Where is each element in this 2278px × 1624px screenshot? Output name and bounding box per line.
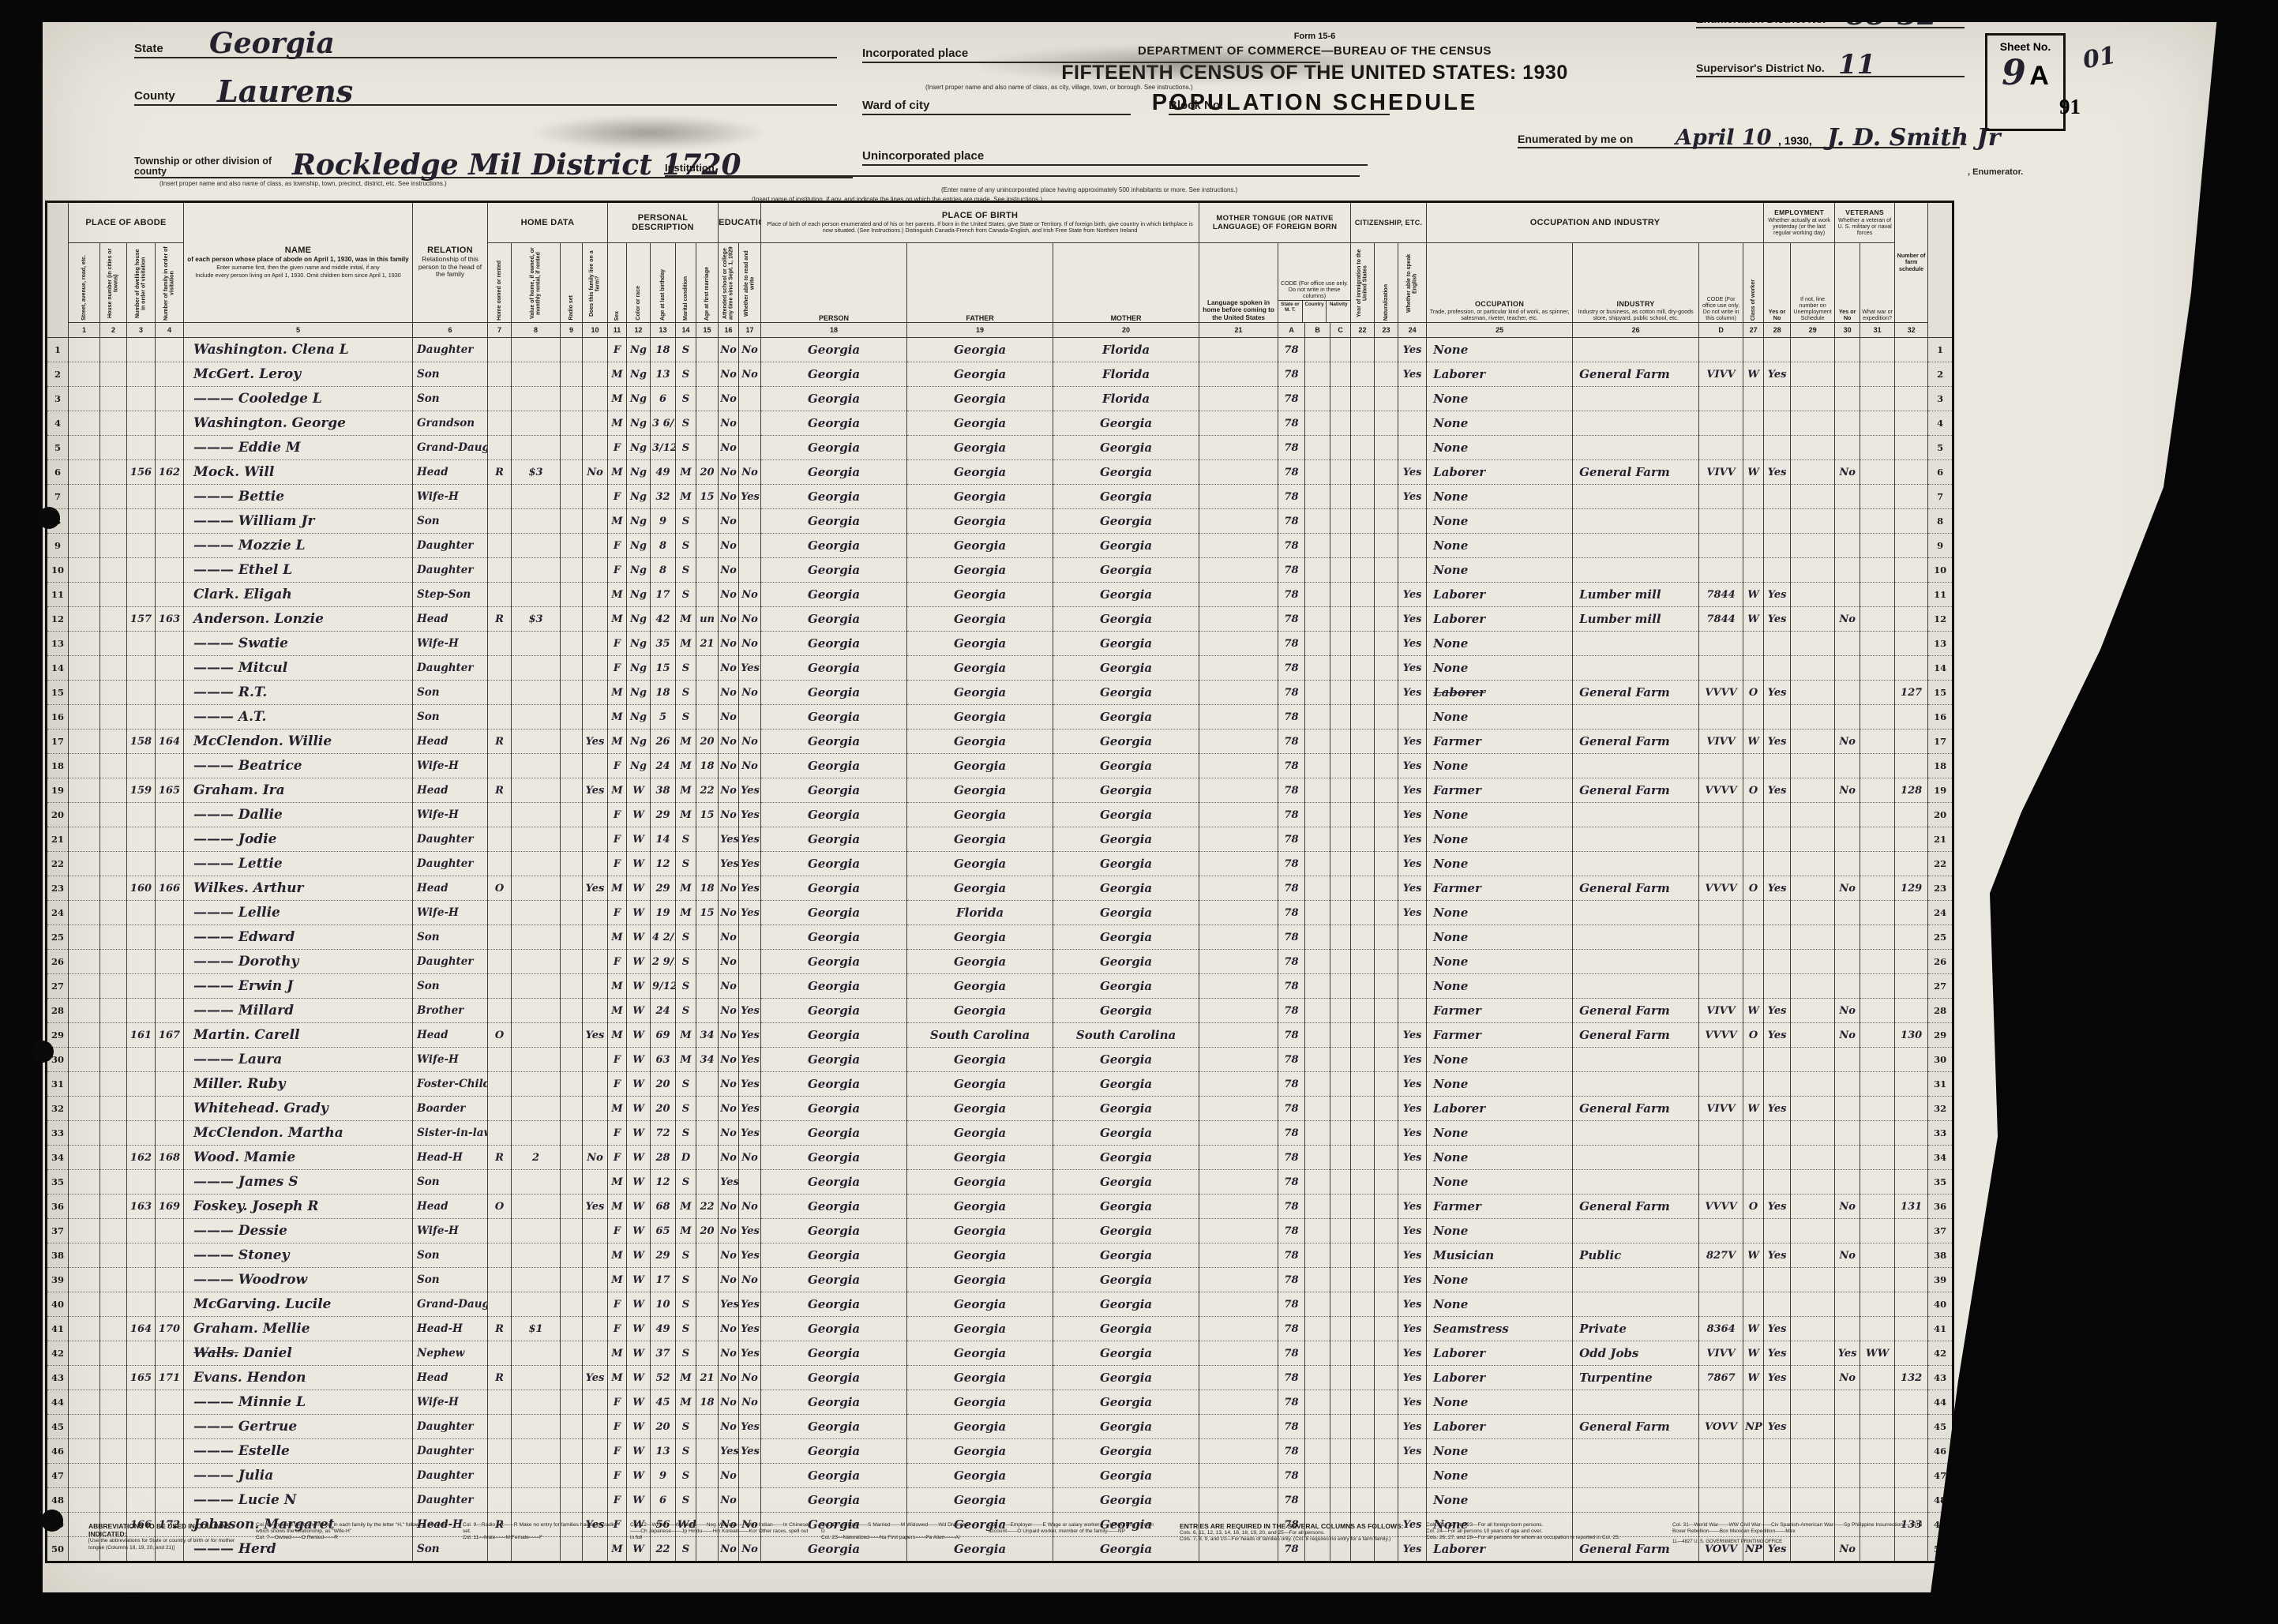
table-cell: 162: [156, 460, 184, 485]
table-cell: [69, 1317, 100, 1341]
table-cell: [1330, 411, 1351, 436]
col-school: Attended school or college any time sinc…: [719, 243, 739, 323]
table-cell: Farmer: [1427, 1023, 1573, 1048]
line-number: 20: [1928, 803, 1953, 827]
table-cell: [488, 1219, 512, 1243]
table-cell: [1351, 1268, 1375, 1292]
col-occupation: OCCUPATION Trade, profession, or particu…: [1427, 243, 1573, 323]
table-cell: W: [627, 901, 651, 925]
table-cell: [1791, 852, 1835, 876]
table-cell: [1835, 901, 1860, 925]
line-number: 15: [47, 681, 69, 705]
table-cell: [1375, 558, 1398, 583]
table-cell: [1351, 950, 1375, 974]
table-cell: Yes: [739, 1415, 761, 1439]
col-unemployment-line: If not, line number on Unemployment Sche…: [1791, 243, 1835, 323]
table-cell: [1764, 974, 1791, 999]
table-cell: Head: [413, 778, 488, 803]
table-cell: Yes: [1764, 1243, 1791, 1268]
abbrev-col7: Col. 7—Owned——O Rented——R: [256, 1535, 453, 1541]
entries-title: ENTRIES ARE REQUIRED IN THE SEVERAL COLU…: [1180, 1522, 1417, 1530]
line-number: 42: [47, 1341, 69, 1366]
table-cell: F: [608, 558, 627, 583]
line-number: 3: [47, 387, 69, 411]
table-cell: No: [719, 558, 739, 583]
table-cell: [1699, 558, 1743, 583]
table-cell: [1305, 1366, 1330, 1390]
table-cell: Yes: [1764, 1341, 1791, 1366]
table-cell: Georgia: [907, 1048, 1053, 1072]
table-cell: Georgia: [1053, 1390, 1199, 1415]
line-number: 50: [47, 1537, 69, 1562]
table-cell: [1398, 387, 1427, 411]
table-cell: [1573, 387, 1699, 411]
table-cell: [1573, 1268, 1699, 1292]
table-cell: [583, 1072, 608, 1097]
table-cell: Georgia: [1053, 534, 1199, 558]
table-cell: Ng: [627, 362, 651, 387]
table-cell: No: [739, 338, 761, 362]
table-cell: S: [676, 362, 696, 387]
table-cell: [69, 362, 100, 387]
table-cell: [69, 852, 100, 876]
table-cell: [1860, 607, 1895, 632]
table-cell: [561, 852, 583, 876]
table-cell: [1699, 1488, 1743, 1513]
table-cell: No: [719, 387, 739, 411]
table-cell: M: [676, 607, 696, 632]
table-cell: ——— Lucie N: [184, 1488, 413, 1513]
table-cell: [488, 925, 512, 950]
table-cell: S: [676, 1292, 696, 1317]
group-personal-description: PERSONAL DESCRIPTION: [608, 202, 719, 243]
table-cell: [1791, 1464, 1835, 1488]
table-cell: [1860, 901, 1895, 925]
table-cell: Wilkes. Arthur: [184, 876, 413, 901]
table-cell: [156, 1219, 184, 1243]
table-cell: [1791, 778, 1835, 803]
table-cell: [1351, 925, 1375, 950]
table-cell: [69, 411, 100, 436]
table-cell: [1895, 827, 1928, 852]
table-cell: [488, 999, 512, 1023]
table-cell: 15: [696, 803, 719, 827]
table-cell: Yes: [1398, 485, 1427, 509]
table-cell: [1743, 534, 1764, 558]
table-cell: F: [608, 1488, 627, 1513]
line-number: 2: [1928, 362, 1953, 387]
table-cell: Georgia: [761, 876, 907, 901]
table-cell: S: [676, 1243, 696, 1268]
table-cell: [488, 803, 512, 827]
table-row: 11Clark. EligahStep-SonMNg17SNoNoGeorgia…: [47, 583, 1953, 607]
table-cell: General Farm: [1573, 1023, 1699, 1048]
table-cell: [488, 411, 512, 436]
table-cell: [1835, 509, 1860, 534]
table-cell: No: [1835, 999, 1860, 1023]
table-cell: Ng: [627, 411, 651, 436]
table-cell: [1330, 1072, 1351, 1097]
table-cell: [488, 1243, 512, 1268]
table-cell: Farmer: [1427, 1195, 1573, 1219]
table-row: 34162168Wood. MamieHead-HR2NoFW28DNoNoGe…: [47, 1146, 1953, 1170]
table-cell: [1835, 411, 1860, 436]
table-cell: Yes: [1398, 338, 1427, 362]
table-cell: [1895, 1072, 1928, 1097]
column-number: 22: [1351, 323, 1375, 338]
line-number: 47: [47, 1464, 69, 1488]
table-cell: F: [608, 1415, 627, 1439]
table-cell: [1743, 485, 1764, 509]
table-cell: [561, 411, 583, 436]
table-cell: [100, 1170, 127, 1195]
table-cell: [1764, 754, 1791, 778]
table-cell: No: [739, 583, 761, 607]
table-cell: [561, 436, 583, 460]
table-cell: [1860, 1439, 1895, 1464]
table-cell: Yes: [1398, 1390, 1427, 1415]
table-cell: Georgia: [761, 534, 907, 558]
table-cell: [696, 338, 719, 362]
table-cell: No: [739, 607, 761, 632]
table-cell: [1764, 1390, 1791, 1415]
table-cell: [561, 1097, 583, 1121]
table-cell: W: [627, 1439, 651, 1464]
column-number: 8: [512, 323, 561, 338]
table-cell: [1895, 509, 1928, 534]
table-cell: Georgia: [761, 1072, 907, 1097]
table-cell: [127, 387, 156, 411]
table-cell: [1375, 436, 1398, 460]
table-cell: [1835, 1439, 1860, 1464]
table-cell: [1199, 460, 1278, 485]
table-cell: W: [1743, 460, 1764, 485]
column-number: 7: [488, 323, 512, 338]
table-cell: Yes: [1398, 1072, 1427, 1097]
table-cell: [1860, 876, 1895, 901]
line-number: 2: [47, 362, 69, 387]
table-cell: Georgia: [1053, 852, 1199, 876]
table-cell: No: [719, 999, 739, 1023]
column-number: 24: [1398, 323, 1427, 338]
table-cell: [512, 558, 561, 583]
table-cell: Daughter: [413, 852, 488, 876]
table-cell: [1330, 1317, 1351, 1341]
table-cell: [100, 681, 127, 705]
line-number: 37: [47, 1219, 69, 1243]
table-cell: W: [627, 1341, 651, 1366]
table-cell: [1699, 803, 1743, 827]
entries-5: Cols. 26, 27, and 28—For all persons for…: [1426, 1535, 1663, 1541]
table-cell: [1743, 509, 1764, 534]
table-cell: Foster-Child: [413, 1072, 488, 1097]
table-cell: [1351, 827, 1375, 852]
table-cell: [696, 558, 719, 583]
table-cell: Georgia: [907, 558, 1053, 583]
column-number: 10: [583, 323, 608, 338]
table-cell: [696, 1464, 719, 1488]
line-number: 17: [1928, 729, 1953, 754]
table-cell: [1743, 974, 1764, 999]
table-cell: [127, 1439, 156, 1464]
table-cell: Yes: [719, 1292, 739, 1317]
col-birth-father: FATHER: [907, 243, 1053, 323]
table-cell: [1375, 607, 1398, 632]
table-cell: [696, 1317, 719, 1341]
table-cell: Georgia: [761, 1341, 907, 1366]
line-number: 30: [1928, 1048, 1953, 1072]
col-naturalization: Naturalization: [1375, 243, 1398, 323]
table-cell: ——— Beatrice: [184, 754, 413, 778]
table-cell: 78: [1278, 1023, 1305, 1048]
table-cell: No: [719, 1195, 739, 1219]
township-field: Township or other division of county Roc…: [134, 145, 853, 178]
table-cell: [1305, 1439, 1330, 1464]
table-cell: [1330, 705, 1351, 729]
table-cell: Georgia: [1053, 1121, 1199, 1146]
table-cell: 45: [651, 1390, 676, 1415]
table-cell: Laborer: [1427, 1415, 1573, 1439]
table-cell: Laborer: [1427, 1341, 1573, 1366]
table-cell: Washington. George: [184, 411, 413, 436]
table-cell: [488, 1341, 512, 1366]
table-cell: [1351, 999, 1375, 1023]
table-cell: [1860, 387, 1895, 411]
table-cell: 132: [1895, 1366, 1928, 1390]
table-cell: 20: [651, 1072, 676, 1097]
table-cell: 21: [696, 632, 719, 656]
table-cell: Whitehead. Grady: [184, 1097, 413, 1121]
table-cell: Yes: [1764, 1097, 1791, 1121]
table-cell: No: [1835, 876, 1860, 901]
table-cell: [69, 1488, 100, 1513]
table-cell: [69, 925, 100, 950]
table-cell: [512, 1121, 561, 1146]
table-cell: [1860, 1464, 1895, 1488]
faded-smudge: [531, 115, 767, 150]
table-cell: [1573, 1170, 1699, 1195]
table-cell: [1699, 1072, 1743, 1097]
table-cell: [1895, 1097, 1928, 1121]
table-cell: [583, 901, 608, 925]
table-cell: [561, 681, 583, 705]
table-cell: Georgia: [907, 1488, 1053, 1513]
table-cell: [1305, 778, 1330, 803]
table-cell: [1835, 1317, 1860, 1341]
table-cell: [1895, 411, 1928, 436]
table-cell: [1375, 852, 1398, 876]
table-cell: [1398, 1464, 1427, 1488]
table-cell: [100, 1415, 127, 1439]
table-cell: [512, 778, 561, 803]
table-cell: un: [696, 607, 719, 632]
table-cell: [583, 656, 608, 681]
table-cell: [1699, 1146, 1743, 1170]
col-war: What war or expedition?: [1860, 243, 1895, 323]
table-cell: [127, 1097, 156, 1121]
table-cell: [1375, 1439, 1398, 1464]
table-cell: [1860, 729, 1895, 754]
table-cell: Georgia: [761, 436, 907, 460]
line-number: 26: [1928, 950, 1953, 974]
table-cell: [100, 460, 127, 485]
table-cell: [512, 1415, 561, 1439]
table-cell: [561, 656, 583, 681]
table-cell: [1791, 387, 1835, 411]
table-cell: None: [1427, 1292, 1573, 1317]
table-cell: [1699, 534, 1743, 558]
table-cell: W: [1743, 1366, 1764, 1390]
table-cell: Georgia: [761, 1146, 907, 1170]
line-number: 28: [1928, 999, 1953, 1023]
line-number: 10: [47, 558, 69, 583]
table-cell: [1375, 1072, 1398, 1097]
table-cell: [1743, 803, 1764, 827]
table-cell: 160: [127, 876, 156, 901]
column-number: 21: [1199, 323, 1278, 338]
table-cell: Ng: [627, 436, 651, 460]
table-cell: No: [719, 1464, 739, 1488]
table-cell: [512, 534, 561, 558]
column-number: 25: [1427, 323, 1573, 338]
table-cell: [1743, 1292, 1764, 1317]
table-cell: D: [676, 1146, 696, 1170]
table-cell: [1330, 338, 1351, 362]
line-number: 3: [1928, 387, 1953, 411]
table-cell: W: [627, 778, 651, 803]
table-cell: [1375, 827, 1398, 852]
table-cell: [583, 1048, 608, 1072]
group-name: NAME of each person whose place of abode…: [184, 202, 413, 323]
table-cell: [1791, 827, 1835, 852]
table-cell: [1351, 1488, 1375, 1513]
table-cell: [1743, 387, 1764, 411]
table-cell: [127, 950, 156, 974]
table-cell: M: [608, 681, 627, 705]
table-cell: No: [739, 1390, 761, 1415]
line-number: 40: [1928, 1292, 1953, 1317]
table-cell: [127, 1488, 156, 1513]
table-cell: Georgia: [907, 411, 1053, 436]
table-cell: Georgia: [1053, 754, 1199, 778]
group-place-of-abode: PLACE OF ABODE: [69, 202, 184, 243]
table-cell: [583, 1317, 608, 1341]
table-cell: S: [676, 534, 696, 558]
unincorporated-note: (Enter name of any unincorporated place …: [941, 186, 1237, 193]
table-cell: F: [608, 1219, 627, 1243]
table-cell: McClendon. Martha: [184, 1121, 413, 1146]
table-cell: [1743, 1464, 1764, 1488]
table-cell: No: [739, 1195, 761, 1219]
table-cell: 78: [1278, 876, 1305, 901]
table-cell: Turpentine: [1573, 1366, 1699, 1390]
col-home-owned: Home owned or rented: [488, 243, 512, 323]
table-cell: W: [627, 1292, 651, 1317]
col-house-number: House number (in cities or towns): [100, 243, 127, 323]
table-cell: [1791, 1439, 1835, 1464]
enumerated-field: Enumerated by me on April 10 , 1930, J. …: [1518, 147, 1960, 148]
table-cell: McClendon. Willie: [184, 729, 413, 754]
table-cell: [1398, 974, 1427, 999]
table-cell: [1764, 1048, 1791, 1072]
table-cell: [1305, 1390, 1330, 1415]
table-cell: Yes: [1398, 1268, 1427, 1292]
table-cell: [100, 656, 127, 681]
table-cell: [1375, 1170, 1398, 1195]
table-cell: M: [676, 1048, 696, 1072]
table-cell: [1305, 460, 1330, 485]
table-cell: [1199, 1439, 1278, 1464]
table-cell: [100, 1439, 127, 1464]
table-cell: Boarder: [413, 1097, 488, 1121]
table-cell: 169: [156, 1195, 184, 1219]
table-cell: [1330, 901, 1351, 925]
table-cell: None: [1427, 754, 1573, 778]
table-cell: [583, 827, 608, 852]
table-cell: [1305, 754, 1330, 778]
table-cell: M: [608, 387, 627, 411]
table-cell: None: [1427, 950, 1573, 974]
table-cell: [1791, 1170, 1835, 1195]
table-cell: No: [719, 705, 739, 729]
table-cell: [1743, 1121, 1764, 1146]
table-cell: [1199, 999, 1278, 1023]
line-number: 44: [47, 1390, 69, 1415]
table-cell: [1305, 509, 1330, 534]
table-cell: Nephew: [413, 1341, 488, 1366]
table-cell: Georgia: [761, 901, 907, 925]
table-cell: [1743, 950, 1764, 974]
table-cell: [156, 1464, 184, 1488]
line-number: 36: [1928, 1195, 1953, 1219]
table-cell: Georgia: [761, 411, 907, 436]
table-cell: Yes: [1398, 460, 1427, 485]
table-cell: [1573, 803, 1699, 827]
table-cell: Yes: [1398, 1341, 1427, 1366]
table-cell: [1895, 974, 1928, 999]
table-cell: [561, 705, 583, 729]
table-cell: Mock. Will: [184, 460, 413, 485]
table-cell: 168: [156, 1146, 184, 1170]
col-veteran: Yes or No: [1835, 243, 1860, 323]
table-cell: [1199, 387, 1278, 411]
table-row: 43165171Evans. HendonHeadRYesMW52M21NoNo…: [47, 1366, 1953, 1390]
table-cell: [1351, 338, 1375, 362]
table-cell: [1330, 362, 1351, 387]
table-cell: [1330, 681, 1351, 705]
table-cell: Georgia: [761, 705, 907, 729]
table-cell: Laborer: [1427, 607, 1573, 632]
table-cell: [1791, 1390, 1835, 1415]
table-cell: [696, 1170, 719, 1195]
table-cell: [1199, 1219, 1278, 1243]
table-cell: [1699, 338, 1743, 362]
table-cell: None: [1427, 852, 1573, 876]
table-cell: O: [1743, 778, 1764, 803]
table-cell: [1699, 387, 1743, 411]
table-cell: R: [488, 1317, 512, 1341]
table-cell: 163: [156, 607, 184, 632]
entries-4: Col. 24—For all persons 10 years of age …: [1426, 1528, 1663, 1535]
table-cell: Yes: [739, 1341, 761, 1366]
table-cell: [561, 1243, 583, 1268]
table-cell: M: [676, 901, 696, 925]
table-cell: Ng: [627, 681, 651, 705]
table-cell: [156, 950, 184, 974]
table-cell: [1764, 656, 1791, 681]
table-cell: ——— Stoney: [184, 1243, 413, 1268]
state-value: Georgia: [209, 27, 335, 60]
